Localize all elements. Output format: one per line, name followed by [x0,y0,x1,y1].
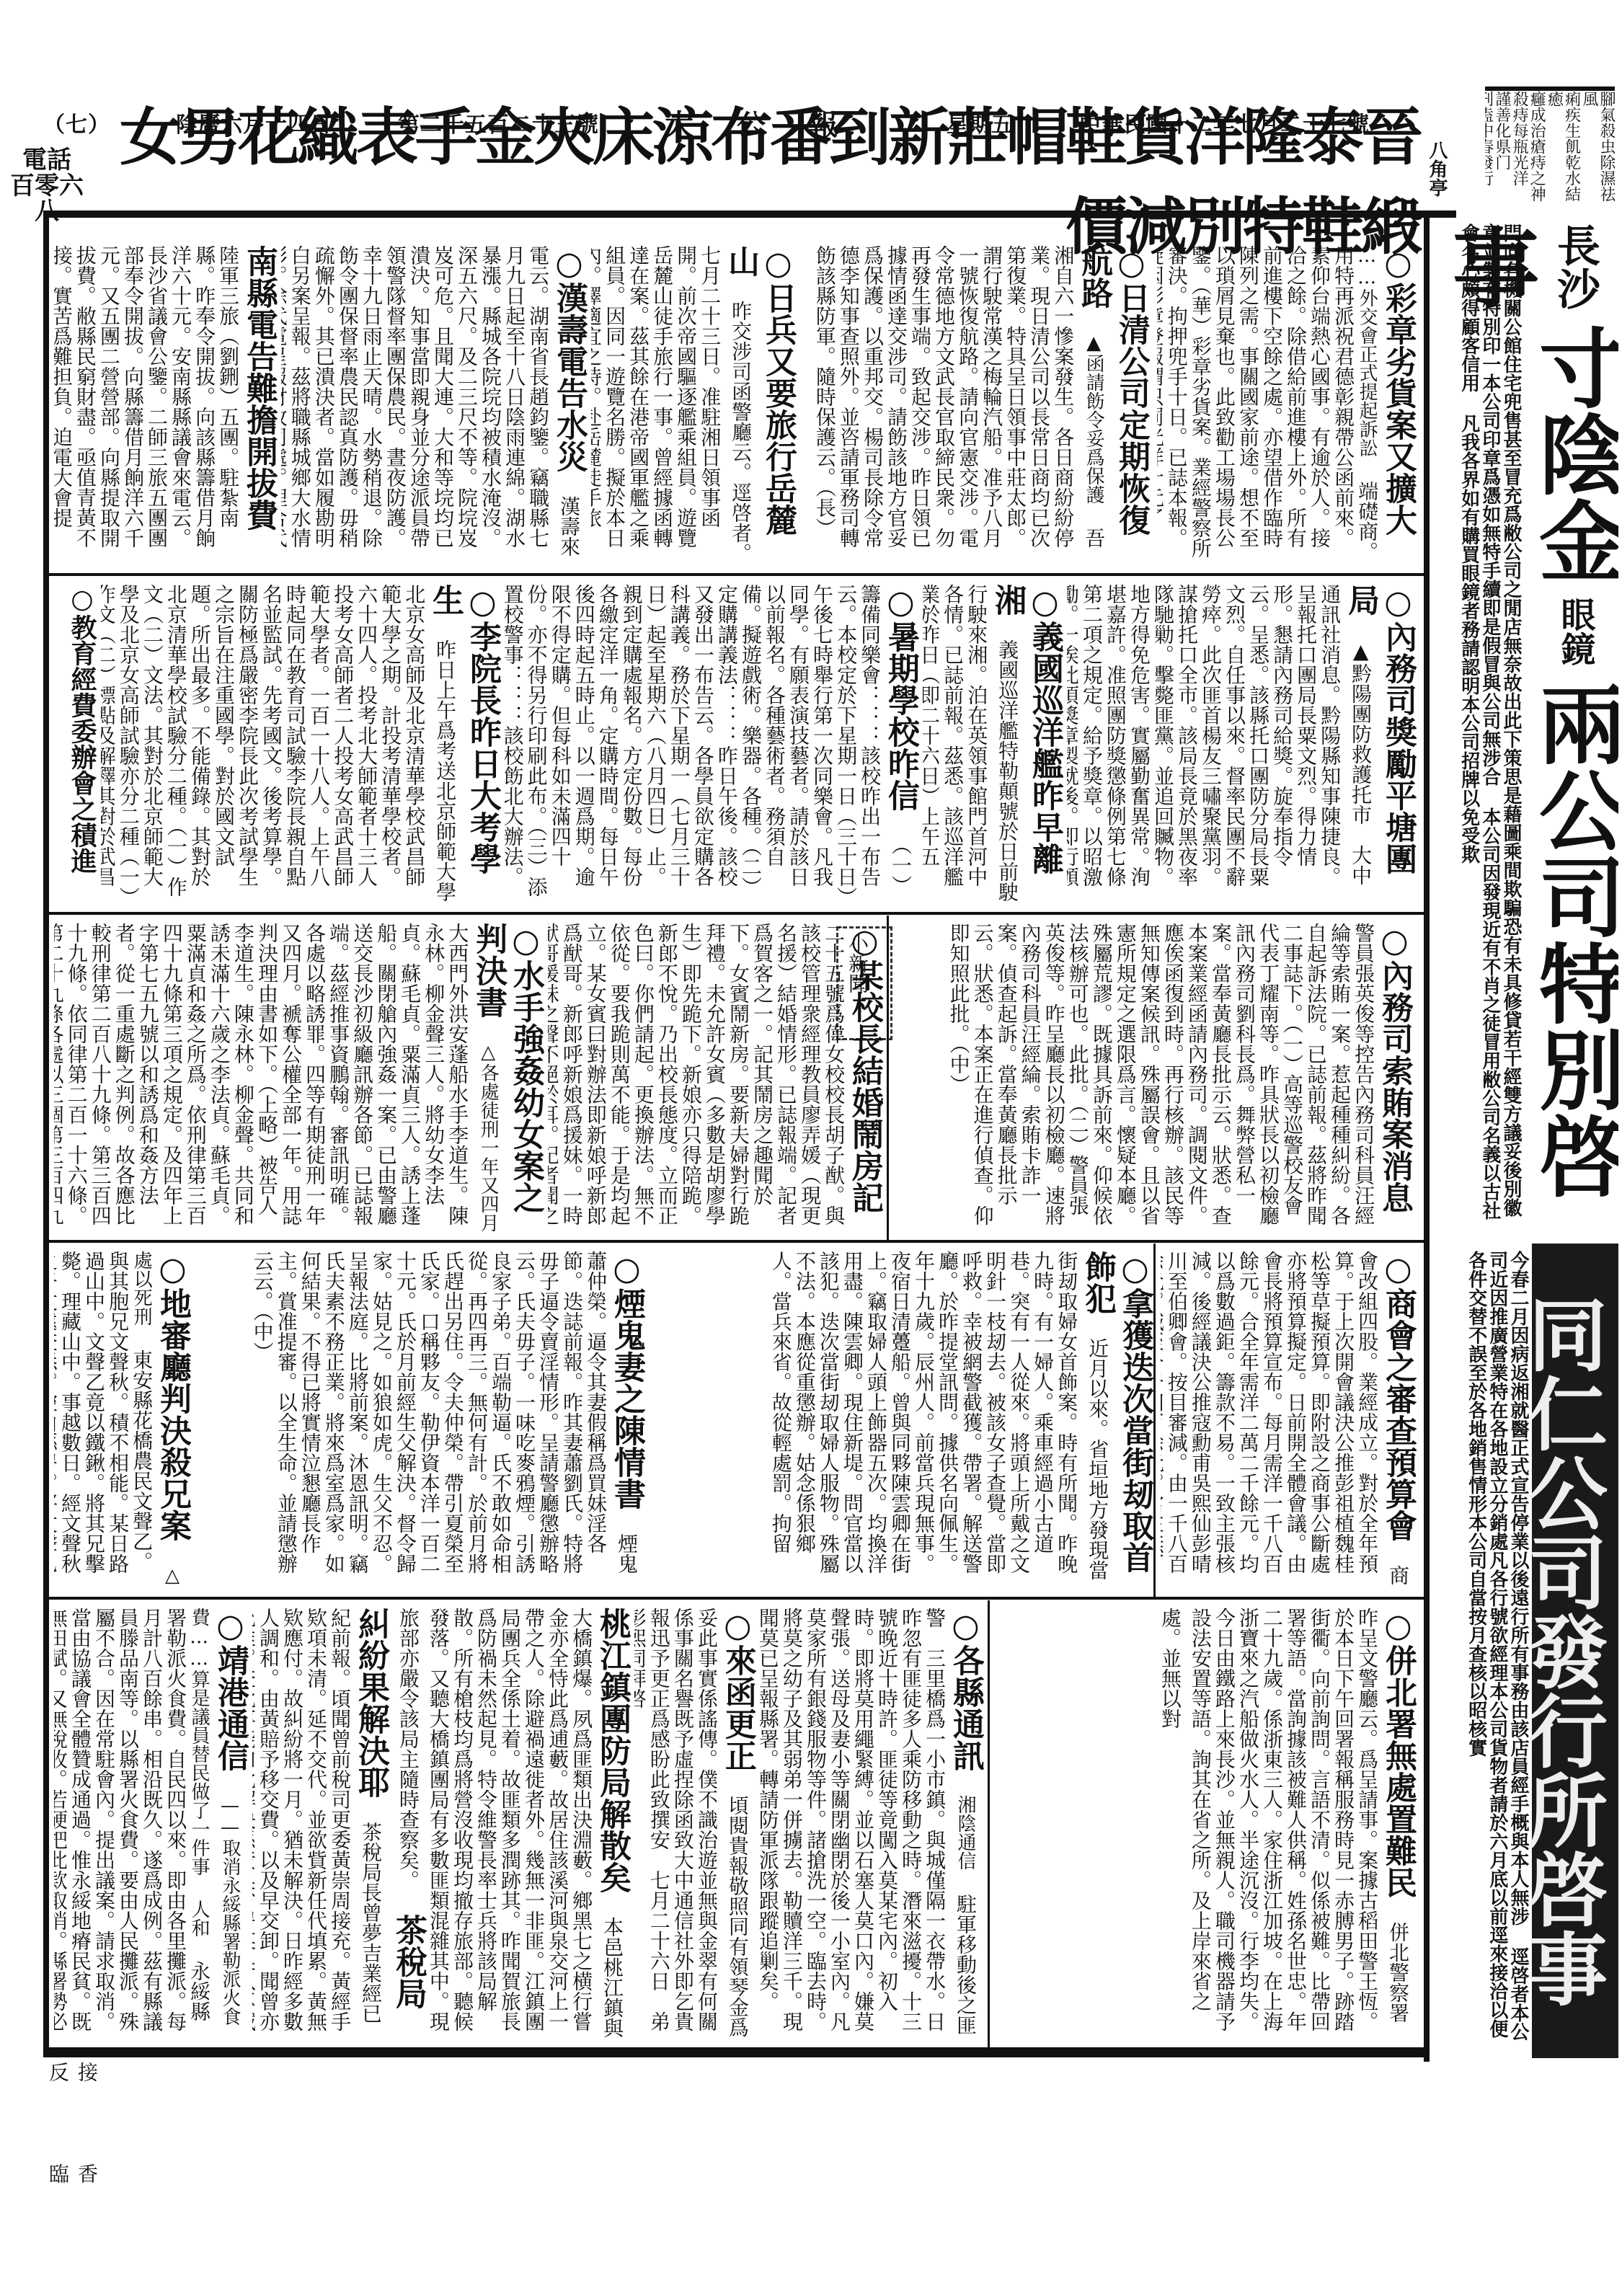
ad-location: 長沙 [1550,223,1600,310]
headline: ○教育經費委辦會之積進 [67,584,97,874]
headline: 桃江鎮團防局解散矣 [594,1608,631,1893]
right-column-divider [1424,216,1430,2062]
article-diting: ○地審廳判決殺兄案 △處以死刑 東安縣花橋農民文聲乙。與其胞兄文聲秋。積不相能。… [54,1251,191,1590]
article-yangzhou: ○靖港通信 ——取消永綏縣署勒派火食費……算是議員替民做了一件事 人和 永綏縣署… [54,1608,249,2040]
article-body: 煙鬼蕭仲榮。逼令其妻假稱爲買妹淫各節。迭誌前報。昨其妻蕭劉氏。特將毋子逼令賣淫情… [251,1251,639,1574]
headline: ○各縣通訊 [947,1608,984,1771]
article-body: 昨交涉司函警廳云。逕啓者。七月二十三日。准駐湘日領事函開。前次帝國驅逐艦乘組員。… [591,245,753,563]
banner-ad-text: 晉泰隆洋貨鞋帽莊新到番布涼床夾金手表織花男女緞鞋特別減價 [94,87,1420,266]
article-jiaoyu-jingfei: ○教育經費委辦會之積進 [54,584,97,905]
notice-line: 痢疾生飢乾水結癒 [1545,91,1580,202]
article-body: 商會改組四股。業經成立。對於全年預算。于上次開會議決公推彭祖植魏桂松等草擬預算。… [1161,1251,1410,1585]
headline: ○煙鬼妻之陳情書 [608,1251,645,1510]
headline: ○漢壽電告水災 [551,245,588,472]
footer-note-text: 接 香 反 臨 [46,2062,99,2212]
article-body: ▲黔陽團防救護托市 大中通訊社消息。黔陽縣知事陳捷良。呈報托口團局長粟文烈。得力… [1067,584,1373,890]
byline: 人和 [188,1900,210,1937]
banner-corner-note: 八角亭 [1424,141,1467,205]
article-xiaozhang-jiehun: ○某校長結婚鬧房記 二十五號爲偉女校校長胡子猷。與該校管理衆經理教員廖弄媛（現更… [548,923,883,1233]
top-right-medicine-notice: 腳氣殺虫除濕祛風 痢疾生飢乾水結癒 癰成治瘡痔之神 殺痔每瓶光洋 謹善化県门 刊… [1485,87,1615,206]
ad-brand: 寸陰金 [1525,324,1618,583]
row-divider-3 [43,1240,1424,1243]
corner-note-text: 八角亭 [1424,141,1450,197]
headline: ○暑期學校昨信 [882,584,919,811]
subhead: 湘陰通信 [954,1795,976,1870]
ad-product: 眼鏡 [1555,597,1595,666]
article-body: 併北警察署昨呈文警廳云。爲呈請事。案據古稻田警王恆。於本日下午回署報稱服務時見一… [1158,1608,1410,2031]
article-body: 駐軍移動後之匪警 三里橋爲一小市鎮。與城僅隔一衣帶水。日昨忽有匪徒多人乘防移動之… [756,1608,978,2035]
article-shuqi: ○暑期學校昨信 （一）籌備同樂會：：：該校昨出一布告云。本校定於下星期一日（三十… [505,584,919,905]
article-taojiang-chashui: 桃江鎮團防局解散矣 本邑桃江鎮與大橋鎮爆。夙爲匪類出決淵藪。鄉黑七之横行嘗金亦全… [252,1608,631,2040]
article-body: 本邑桃江鎮與大橋鎮爆。夙爲匪類出決淵藪。鄉黑七之横行嘗金亦全恃此爲逋藪。故居住該… [396,1608,624,2038]
article-bingbu: ○併北署無處置難民 併北警察署昨呈文警廳云。爲呈請事。案據古稻田警王恆。於本日下… [995,1608,1417,2040]
row-divider-2 [43,912,1424,915]
headline: 南縣電告難擔開拔費 [241,245,278,531]
col-divider-row4 [1153,1244,1156,1597]
phone-label: 電話 [7,148,87,174]
notice-line: 癰成治瘡痔之神 [1528,91,1546,202]
headline: ○靖港通信 [212,1608,249,1771]
article-shuishou: ○水手強姦幼女案之判決書 △各處徒刑一年又四月 大西門外洪安蓬船水手李道生。陳永… [54,923,544,1233]
article-caizhang: ○彩章劣貨案又擴大 ……外交會正式提起訴訟 端礎商。用特再派祝君德彰親帶公函前來… [1157,245,1417,566]
notice-line: 腳氣殺虫除濕祛風 [1580,91,1615,202]
ad-notice: 今春二月因病返湘就醫正式宣告停業以後遠行所有事務由該店員經手概與本人無涉 [1507,1251,1529,1925]
top-divider [43,210,1456,218]
notice-line: 刊盍中春發行 [1485,91,1494,186]
headline: ○商會之審查預算會 [1380,1251,1417,1541]
article-body: 陸軍三旅（劉鉶）五團。駐紮南縣。昨奉令開拔。向該縣籌借月餉洋六十元。安南縣縣議會… [54,245,240,548]
headline: ○彩章劣貨案又擴大 [1380,245,1417,536]
left-border [43,216,49,2055]
article-liyuanzhang: ○李院長昨日大考學生 昨日上午爲考送北京師範大學北京女高師及北京清華學校武昌師範… [101,584,501,905]
article-nabu: ○拿獲迭次當街刼取首飾犯 近月以來。省垣地方發現當街刼取婦女首飾案。時有所聞。昨… [649,1251,1153,1590]
article-yangui: ○煙鬼妻之陳情書 煙鬼蕭仲榮。逼令其妻假稱爲買妹淫各節。迭誌前報。昨其妻蕭劉氏。… [195,1251,645,1590]
headline: ○併北署無處置難民 [1380,1608,1417,1898]
article-body: 警員張英俊等控告內務司科員汪經綸等索賄一案。惹起種種糾紛。各自起訴法院。已誌前報… [947,923,1376,1225]
col-divider-bottom [988,1600,990,2047]
article-body: 近月以來。省垣地方發現當街刼取婦女首飾案。時有所聞。昨晚九時。有一婦人。乘車經過… [769,1251,1109,1580]
footer-note: 接 香 反 臨 [58,2062,101,2278]
article-neiwu-jiangli: ○內務司獎勵平塘團局 ▲黔陽團防救護托市 大中通訊社消息。黔陽縣知事陳捷良。呈報… [1067,584,1417,905]
article-body: 大西門外洪安蓬船水手李道生。陳永林。柳金聲三人。將幼女李法貞。蘇毛貞。粟滿貞三人… [54,923,469,1225]
article-gexian-tongxin: ○各縣通訊 湘陰通信 駐軍移動後之匪警 三里橋爲一小市鎮。與城僅隔一衣帶水。日昨… [634,1608,984,2040]
headline: ○內務司索賄案消息 [1376,923,1413,1213]
row-divider-1 [43,573,1424,576]
article-riqing: ○日清公司定期恢復航路 ▲函請飭令妥爲保護 吾湘自六一慘案發生。各日商紛紛停業。… [800,245,1150,566]
tongren-company-ad: 同仁公司發行所啓事 今春二月因病返湘就醫正式宣告停業以後遠行所有事務由該店員經手… [1435,1244,1618,2058]
bottom-border [43,2047,1427,2057]
article-body: 義國巡洋艦特勒顛號於日前駛行駛來湘。泊在英領事館門首河中各情。已誌前報。茲悉。該… [923,584,1019,902]
article-body: 漢壽來電云。湖南省長趙鈞鑒。竊職縣七月九日起至十八日陰雨連綿。湖水暴漲。縣城各院… [281,245,581,557]
row-divider-4 [43,1597,1424,1600]
article-body: （一）籌備同樂會：：：該校昨出一布告云。本校定於下星期一日（三十日）午後七時舉行… [505,584,913,897]
article-ribing: ○日兵又要旅行岳麓山 昨交涉司函警廳云。逕啓者。七月二十三日。准駐湘日領事函開。… [591,245,797,566]
notice-line: 謹善化県门 [1493,91,1511,170]
article-neiwu-suohui: ○內務司索賄案消息 警員張英俊等控告內務司科員汪經綸等索賄一案。惹起種種糾紛。各… [894,923,1413,1233]
subhead: ▲函請飭令妥爲保護 [1083,332,1104,504]
article-yiguo: ○義國巡洋艦昨早離湘 義國巡洋艦特勒顛號於日前駛行駛來湘。泊在英領事館門首河中各… [923,584,1063,905]
article-hanshou: ○漢壽電告水災 漢壽來電云。湖南省長趙鈞鑒。竊職縣七月九日起至十八日陰雨連綿。湖… [281,245,588,566]
article-body: 昨日上午爲考送北京師範大學北京女高師及北京清華學校武昌師範大學之期。計投考清華學… [101,584,457,902]
headline: ○地審廳判決殺兄案 [154,1251,191,1541]
article-body: 二十五號爲偉女校校長胡子猷。與該校管理衆經理教員廖弄媛（現更名援）結婚情形。已誌… [548,923,846,1225]
phone-number-block: 電話 百零六八 [7,148,87,213]
subhead: ……外交會正式提起訴訟 [1356,245,1378,457]
article-body: 吾湘自六一慘案發生。各日商紛紛停業。現日清公司以長常日商均已次第復業。特具呈日領… [813,245,1106,548]
article-nanxian: 南縣電告難擔開拔費 陸軍三旅（劉鉶）五團。駐紮南縣。昨奉令開拔。向該縣籌借月餉洋… [54,245,278,566]
ad-title: 同仁公司發行所啓事 [1515,1294,1608,2008]
headline: ○來函更正 [719,1608,756,1771]
eyeglass-company-ad: 長沙 寸陰金 眼鏡 兩公司特別啓事 門向各機關公館住宅兜售甚至冒充爲敝公司之閒店… [1435,216,1618,1240]
notice-line: 殺痔每瓶光洋 [1510,91,1528,186]
article-body: 端礎商。用特再派祝君德彰親帶公函前來。素仰台端熱心國事。有逾於人。接洽之餘。除借… [1157,245,1379,562]
headline: ○某校長結婚鬧房記 [846,923,883,1213]
article-shanghui-yusuan: ○商會之審查預算會 商會改組四股。業經成立。對於全年預算。于上次開會議決公推彭祖… [1161,1251,1417,1590]
subhead: △各處徒刑一年又四月 [477,1042,499,1232]
banner-advertisement: 晉泰隆洋貨鞋帽莊新到番布涼床夾金手表織花男女緞鞋特別減價 [94,141,1420,213]
